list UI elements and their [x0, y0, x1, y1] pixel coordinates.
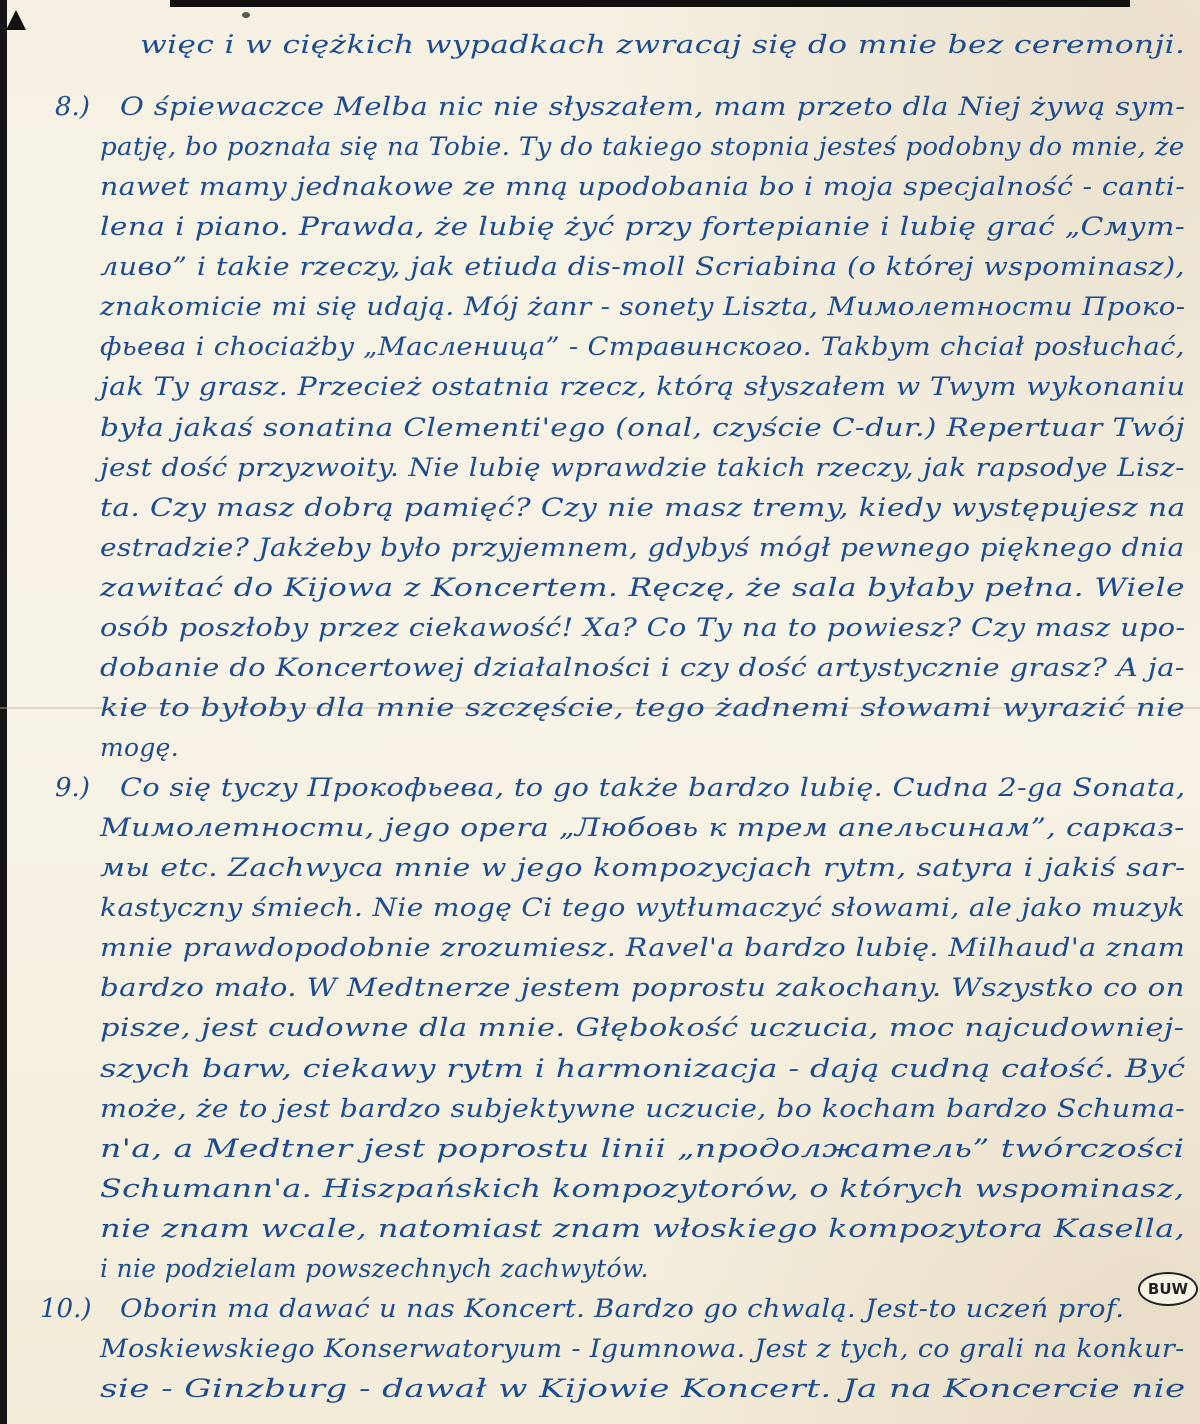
letter-line: nawet mamy jednakowe ze mną upodobania b…: [100, 172, 1185, 201]
scan-left-edge: [0, 0, 7, 1424]
letter-line: mnie prawdopodobnie zrozumiesz. Ravel'a …: [100, 933, 1185, 962]
page-corner-mark: [6, 10, 26, 30]
letter-line: kie to byłoby dla mnie szczęście, tego ż…: [100, 693, 1185, 722]
letter-line: Schumann'a. Hiszpańskich kompozytorów, o…: [100, 1174, 1185, 1203]
letter-line: patję, bo poznała się na Tobie. Ty do ta…: [100, 132, 1185, 161]
letter-line: jest dość przyzwoity. Nie lubię wprawdzi…: [100, 453, 1185, 482]
letter-line: ta. Czy masz dobrą pamięć? Czy nie masz …: [100, 493, 1186, 522]
letter-line: kastyczny śmiech. Nie mogę Ci tego wytłu…: [100, 893, 1185, 922]
ink-blot: [242, 12, 250, 18]
letter-line: O śpiewaczce Melba nic nie słyszałem, ma…: [120, 92, 1185, 121]
letter-line: szych barw, ciekawy rytm i harmonizacja …: [100, 1054, 1185, 1083]
scan-top-edge: [170, 0, 1130, 7]
letter-line: Мимолетности, jego opera „Любовь к трем …: [100, 813, 1185, 842]
letter-line: sie - Ginzburg - dawał w Kijowie Koncert…: [100, 1374, 1186, 1403]
letter-line: estradzie? Jakżeby było przyjemnem, gdyb…: [100, 533, 1185, 562]
letter-line: więc i w ciężkich wypadkach zwracaj się …: [140, 30, 1185, 59]
library-stamp: BUW: [1138, 1272, 1198, 1306]
letter-line: Co się tyczy Прокофьева, to go także bar…: [120, 773, 1186, 802]
section-number: 10.): [40, 1294, 92, 1324]
letter-line: była jakaś sonatina Clementi'ego (onal, …: [100, 413, 1185, 442]
letter-line: фьева i chociażby „Масленица” - Стравинс…: [100, 332, 1185, 361]
letter-line: pisze, jest cudowne dla mnie. Głębokość …: [100, 1013, 1184, 1042]
letter-line: i nie podzielam powszechnych zachwytów.: [100, 1254, 649, 1283]
letter-line: n'a, a Medtner jest poprostu linii „прод…: [100, 1134, 1185, 1163]
letter-line: jak Ty grasz. Przecież ostatnia rzecz, k…: [100, 372, 1185, 401]
letter-line: dobanie do Koncertowej działalności i cz…: [100, 653, 1185, 682]
letter-line: znakomicie mi się udają. Mój żanr - sone…: [100, 292, 1186, 321]
letter-line: ливо” i takie rzeczy, jak etiuda dis-mol…: [100, 252, 1185, 281]
letter-line: lena i piano. Prawda, że lubię żyć przy …: [100, 212, 1185, 241]
letter-line: może, że to jest bardzo subjektywne uczu…: [100, 1094, 1185, 1123]
letter-line: nie znam wcale, natomiast znam włoskiego…: [100, 1214, 1185, 1243]
section-number: 8.): [55, 92, 90, 122]
letter-line: мы etc. Zachwyca mnie w jego kompozycjac…: [100, 853, 1186, 882]
letter-line: zawitać do Kijowa z Koncertem. Ręczę, że…: [100, 573, 1185, 602]
letter-line: Oborin ma dawać u nas Koncert. Bardzo go…: [120, 1294, 1124, 1323]
letter-line: osób poszłoby przez ciekawość! Ха? Co Ty…: [100, 613, 1185, 642]
section-number: 9.): [55, 773, 90, 803]
letter-line: Moskiewskiego Konserwatoryum - Igumnowa.…: [100, 1334, 1185, 1363]
letter-page: więc i w ciężkich wypadkach zwracaj się …: [0, 0, 1200, 1424]
letter-line: bardzo mało. W Medtnerze jestem poprostu…: [100, 973, 1185, 1002]
letter-line: mogę.: [100, 733, 179, 762]
